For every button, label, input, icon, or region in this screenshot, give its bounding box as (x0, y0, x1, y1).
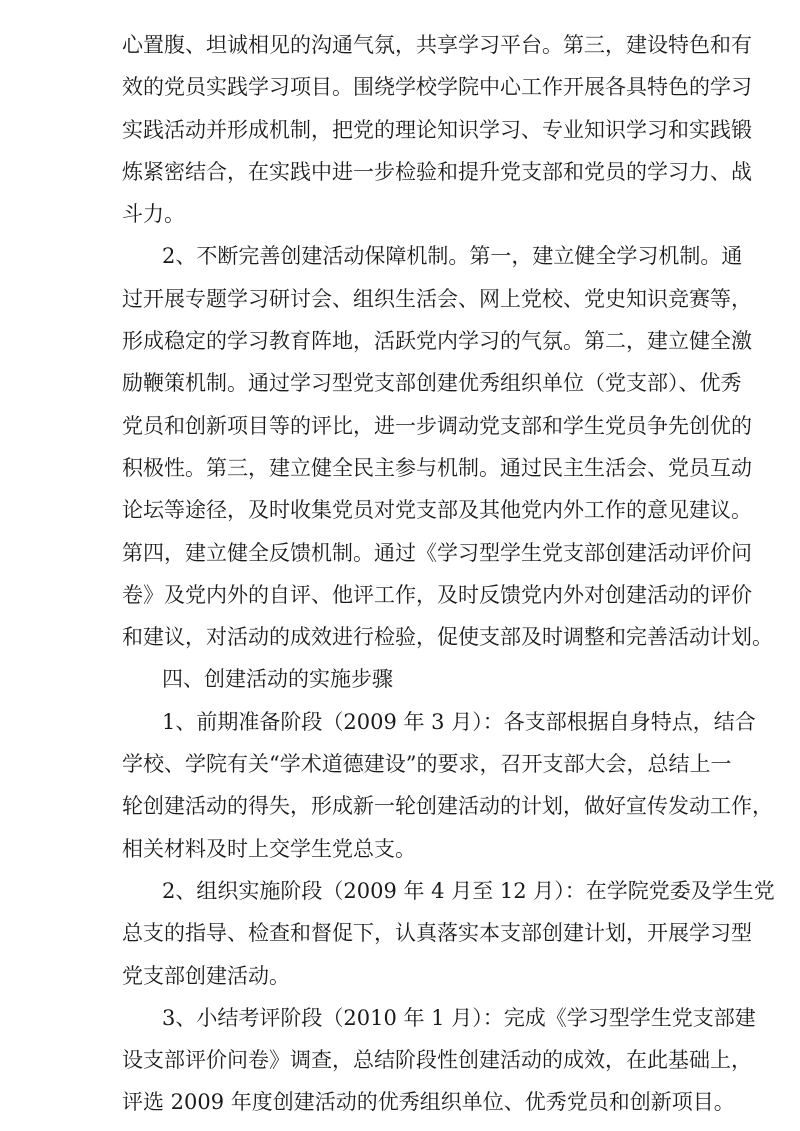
text-line: 实践活动并形成机制，把党的理论知识学习、专业知识学习和实践锻 (122, 109, 682, 151)
text-line: 论坛等途径，及时收集党员对党支部及其他党内外工作的意见建议。 (122, 489, 682, 531)
text-line: 过开展专题学习研讨会、组织生活会、网上党校、党史知识竞赛等， (122, 278, 682, 320)
paragraph-start-line: 3、小结考评阶段（2010 年 1 月）：完成《学习型学生党支部建 (122, 997, 682, 1039)
text-line: 效的党员实践学习项目。围绕学校学院中心工作开展各具特色的学习 (122, 66, 682, 108)
text-line: 心置腹、坦诚相见的沟通气氛，共享学习平台。第三，建设特色和有 (122, 24, 682, 66)
text-line: 励鞭策机制。通过学习型党支部创建优秀组织单位（党支部）、优秀 (122, 362, 682, 404)
text-line: 轮创建活动的得失，形成新一轮创建活动的计划，做好宣传发动工作， (122, 785, 682, 827)
text-line: 形成稳定的学习教育阵地，活跃党内学习的气氛。第二，建立健全激 (122, 320, 682, 362)
text-line: 第四，建立健全反馈机制。通过《学习型学生党支部创建活动评价问 (122, 532, 682, 574)
document-page: 心置腹、坦诚相见的沟通气氛，共享学习平台。第三，建设特色和有 效的党员实践学习项… (0, 0, 800, 1131)
paragraph-start-line: 1、前期准备阶段（2009 年 3 月）：各支部根据自身特点，结合 (122, 701, 682, 743)
text-line: 总支的指导、检查和督促下，认真落实本支部创建计划，开展学习型 (122, 912, 682, 954)
text-line: 设支部评价问卷》调查，总结阶段性创建活动的成效，在此基础上， (122, 1039, 682, 1081)
text-line: 党员和创新项目等的评比，进一步调动党支部和学生党员争先创优的 (122, 405, 682, 447)
text-line: 卷》及党内外的自评、他评工作，及时反馈党内外对创建活动的评价 (122, 574, 682, 616)
text-line: 炼紧密结合，在实践中进一步检验和提升党支部和党员的学习力、战 (122, 151, 682, 193)
text-line: 相关材料及时上交学生党总支。 (122, 828, 682, 870)
text-line: 和建议，对活动的成效进行检验，促使支部及时调整和完善活动计划。 (122, 616, 682, 658)
text-line: 学校、学院有关“学术道德建设”的要求，召开支部大会，总结上一 (122, 743, 682, 785)
text-line: 斗力。 (122, 193, 682, 235)
text-line: 积极性。第三，建立健全民主参与机制。通过民主生活会、党员互动 (122, 447, 682, 489)
text-line: 党支部创建活动。 (122, 955, 682, 997)
text-line: 评选 2009 年度创建活动的优秀组织单位、优秀党员和创新项目。 (122, 1081, 682, 1123)
document-body: 心置腹、坦诚相见的沟通气氛，共享学习平台。第三，建设特色和有 效的党员实践学习项… (122, 24, 682, 1124)
paragraph-start-line: 2、不断完善创建活动保障机制。第一，建立健全学习机制。通 (122, 235, 682, 277)
section-heading: 四、创建活动的实施步骤 (122, 658, 682, 700)
paragraph-start-line: 2、组织实施阶段（2009 年 4 月至 12 月）：在学院党委及学生党 (122, 870, 682, 912)
